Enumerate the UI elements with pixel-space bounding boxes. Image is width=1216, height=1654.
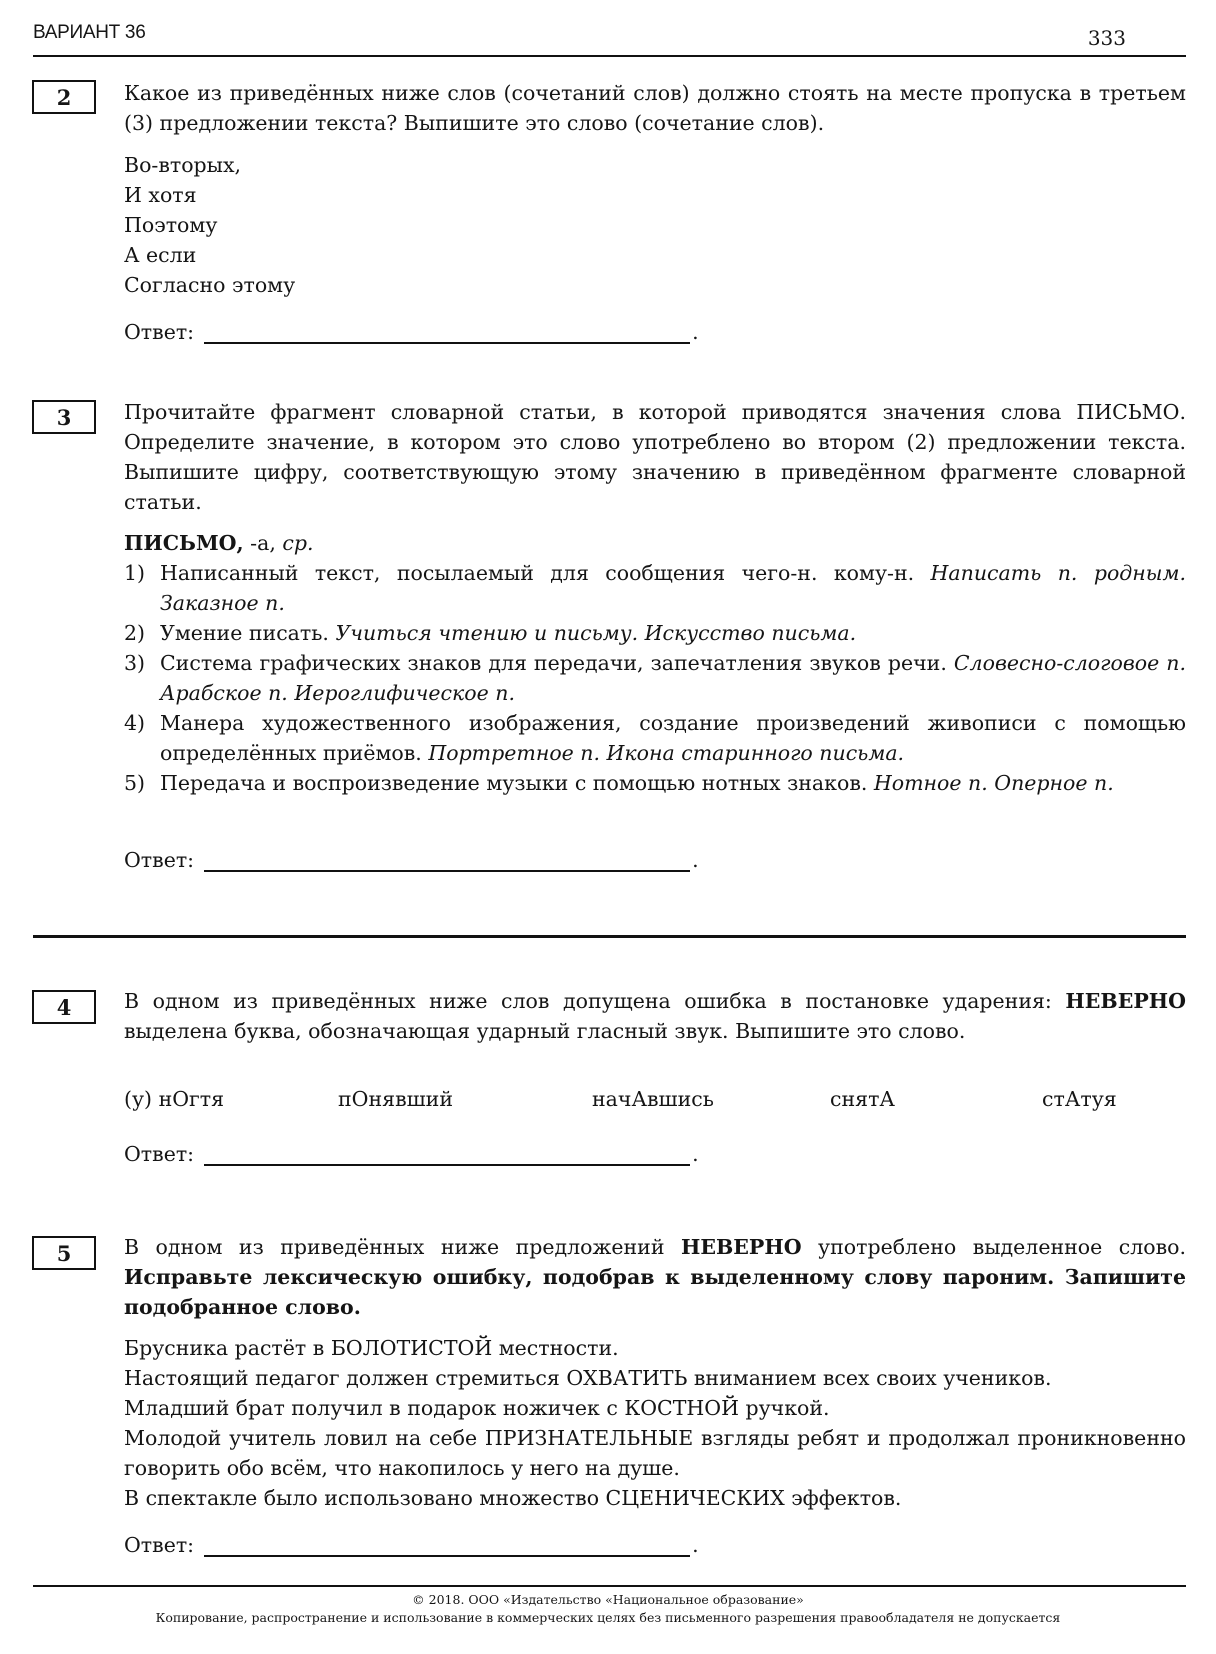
task-number-5: 5 <box>32 1236 96 1270</box>
variant-title: ВАРИАНТ 36 <box>33 22 145 44</box>
page-number: 333 <box>1088 26 1126 50</box>
sentence: Брусника растёт в БОЛОТИСТОЙ местности. <box>124 1333 1186 1363</box>
option: И хотя <box>124 180 1186 210</box>
definition-item: 5) Передача и воспроизведение музыки с п… <box>124 768 1186 798</box>
sentence: Молодой учитель ловил на себе ПРИЗНАТЕЛЬ… <box>124 1423 1186 1483</box>
footer-divider <box>33 1585 1186 1587</box>
definition-examples: Портретное п. Икона старинного письма. <box>428 741 904 765</box>
task-number-4: 4 <box>32 990 96 1024</box>
task-number-3: 3 <box>32 400 96 434</box>
word-option: (у) нОгтя <box>124 1087 224 1111</box>
definition-item: 2) Умение писать. Учиться чтению и письм… <box>124 618 1186 648</box>
task-5-question: В одном из приведённых ниже предложений … <box>124 1232 1186 1322</box>
answer-label: Ответ: <box>124 320 194 344</box>
option: Поэтому <box>124 210 1186 240</box>
word-option: снятА <box>830 1087 895 1111</box>
task-4-question: В одном из приведённых ниже слов допущен… <box>124 986 1186 1046</box>
section-divider <box>33 935 1186 938</box>
task-2-answer-row: Ответ: . <box>124 320 699 344</box>
answer-field[interactable] <box>204 1533 690 1557</box>
answer-field[interactable] <box>204 320 690 344</box>
word-option: стАтуя <box>1042 1087 1117 1111</box>
definition-item: 3) Система графических знаков для переда… <box>124 648 1186 708</box>
emphasis-neverno: НЕВЕРНО <box>1065 989 1186 1013</box>
task-3-answer-row: Ответ: . <box>124 848 699 872</box>
answer-label: Ответ: <box>124 1533 194 1557</box>
task-number-2: 2 <box>32 80 96 114</box>
word-option: начАвшись <box>592 1087 714 1111</box>
answer-field[interactable] <box>204 1142 690 1166</box>
definition-item: 1) Написанный текст, посылаемый для сооб… <box>124 558 1186 618</box>
answer-label: Ответ: <box>124 848 194 872</box>
emphasis-neverno: НЕВЕРНО <box>681 1235 802 1259</box>
sentence: В спектакле было использовано множество … <box>124 1483 1186 1513</box>
definition-item: 4) Манера художественного изображения, с… <box>124 708 1186 768</box>
option: А если <box>124 240 1186 270</box>
sentence: Настоящий педагог должен стремиться ОХВА… <box>124 1363 1186 1393</box>
answer-label: Ответ: <box>124 1142 194 1166</box>
instruction-bold: Исправьте лексическую ошибку, подобрав к… <box>124 1265 1186 1319</box>
footer-notice: Копирование, распространение и использов… <box>0 1610 1216 1625</box>
entry-headword: ПИСЬМО, <box>124 531 244 555</box>
entry-suffix: -а, <box>244 531 283 555</box>
definition-examples: Учиться чтению и письму. Искусство письм… <box>335 621 856 645</box>
option: Согласно этому <box>124 270 1186 300</box>
task-4-answer-row: Ответ: . <box>124 1142 699 1166</box>
answer-field[interactable] <box>204 848 690 872</box>
footer-copyright: © 2018. ООО «Издательство «Национальное … <box>0 1592 1216 1607</box>
task-5-answer-row: Ответ: . <box>124 1533 699 1557</box>
task-2-options: Во-вторых, И хотя Поэтому А если Согласн… <box>124 150 1186 300</box>
task-5-sentences: Брусника растёт в БОЛОТИСТОЙ местности. … <box>124 1333 1186 1513</box>
task-3-question: Прочитайте фрагмент словарной статьи, в … <box>124 397 1186 517</box>
sentence: Младший брат получил в подарок ножичек с… <box>124 1393 1186 1423</box>
dictionary-entry: ПИСЬМО, -а, ср. 1) Написанный текст, пос… <box>124 528 1186 798</box>
header-divider <box>33 55 1186 57</box>
entry-gender: ср. <box>282 531 313 555</box>
task-2-question: Какое из приведённых ниже слов (сочетани… <box>124 78 1186 138</box>
option: Во-вторых, <box>124 150 1186 180</box>
entry-headword-line: ПИСЬМО, -а, ср. <box>124 528 1186 558</box>
definition-examples: Нотное п. Оперное п. <box>874 771 1114 795</box>
word-option: пОнявший <box>338 1087 453 1111</box>
